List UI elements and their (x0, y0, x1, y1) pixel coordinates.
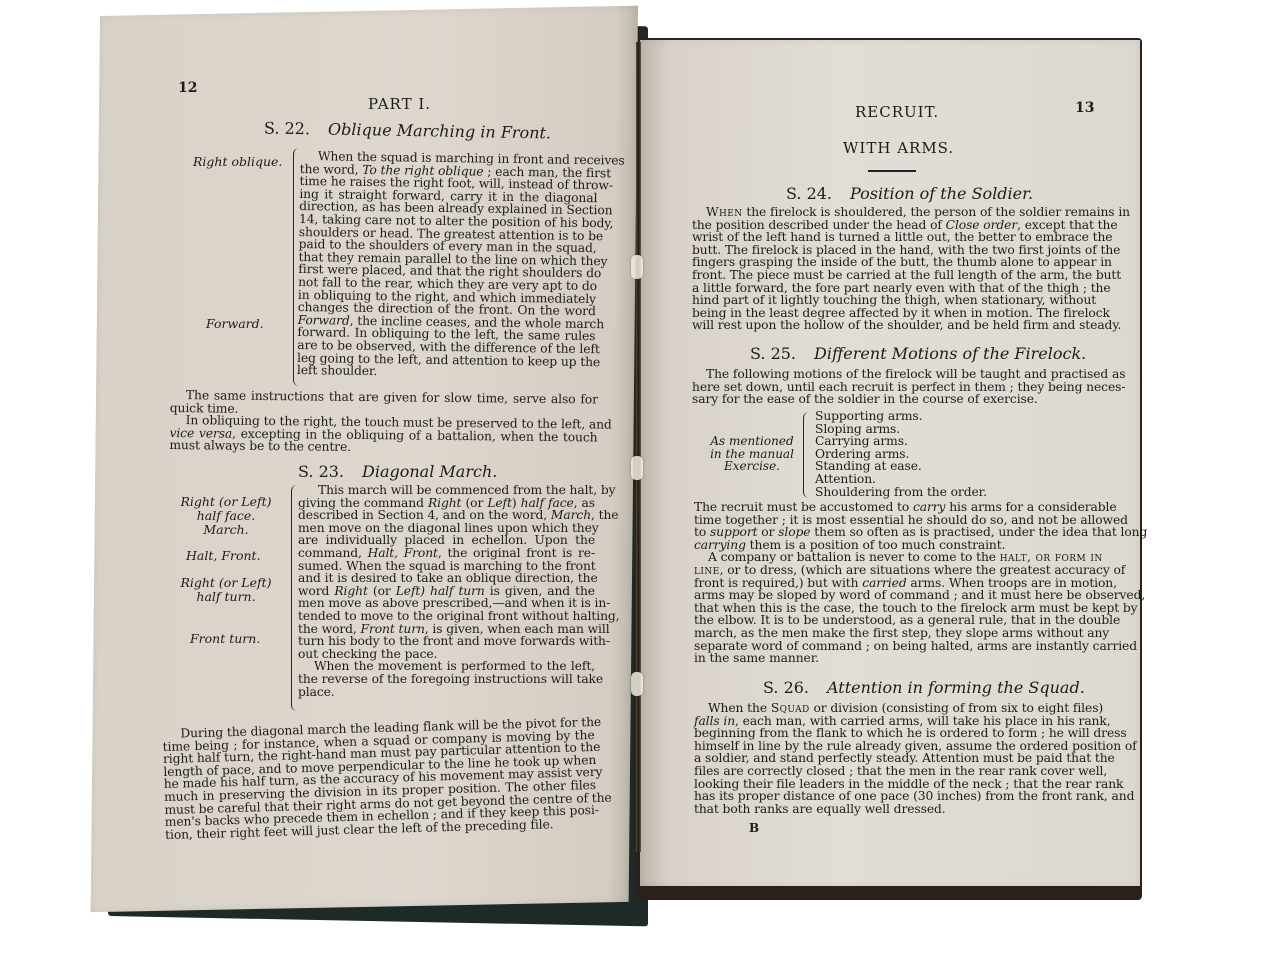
text-line: command, Halt, Front, the original front… (298, 547, 595, 560)
margin-note-line: March. (176, 523, 276, 537)
running-head-left: PART I. (368, 95, 431, 113)
margin-note-manual-exercise: As mentioned in the manual Exercise. (706, 435, 798, 473)
text-line: The following motions of the firelock wi… (692, 368, 1096, 381)
section-25-intro: The following motions of the firelock wi… (692, 368, 1096, 406)
section-number: S. 22. (264, 118, 310, 138)
margin-note-line: Exercise. (706, 460, 798, 473)
motion-item: Attention. (815, 473, 1035, 486)
section-title: Different Motions of the Firelock. (814, 344, 1086, 363)
text-line: front. The piece must be carried at the … (692, 269, 1096, 282)
book-gutter (636, 42, 641, 852)
running-head-right: RECRUIT. (855, 103, 939, 121)
text-line: beginning from the flank to which he is … (694, 727, 1100, 740)
text-line: The recruit must be accustomed to carry … (694, 501, 1100, 514)
heading-rule (868, 170, 916, 172)
section-number: S. 26. (763, 678, 809, 697)
text-line: to support or slope them so often as is … (694, 526, 1100, 539)
motion-item: Carrying arms. (815, 435, 1035, 448)
section-25-heading: S. 25.Different Motions of the Firelock. (750, 344, 1086, 363)
margin-note-line: As mentioned (706, 435, 798, 448)
text-line: march, as the men make the first step, t… (694, 627, 1100, 640)
margin-note-right-oblique: Right oblique. (193, 155, 282, 169)
section-title: Attention in forming the Squad. (827, 678, 1085, 697)
margin-note-half-face: Right (or Left) half face. March. (176, 495, 276, 537)
section-number: S. 24. (786, 184, 832, 203)
motion-item: Supporting arms. (815, 410, 1035, 423)
section-25-paragraphs: The recruit must be accustomed to carry … (694, 501, 1100, 665)
page-number-right: 13 (1075, 100, 1094, 116)
margin-note-half-turn: Right (or Left) half turn. (176, 576, 276, 604)
margin-note-forward: Forward. (206, 317, 264, 331)
brace (803, 412, 809, 498)
brace (291, 485, 298, 711)
section-26-heading: S. 26.Attention in forming the Squad. (763, 678, 1085, 697)
section-23-paragraph: During the diagonal march the leading fl… (162, 716, 597, 841)
signature-mark: B (749, 821, 759, 835)
motions-list: Supporting arms. Sloping arms. Carrying … (815, 410, 1035, 498)
text-line: has its proper distance of one pace (30 … (694, 790, 1100, 803)
margin-note-halt-front: Halt, Front. (186, 549, 261, 563)
section-22-paragraphs: The same instructions that are given for… (169, 389, 598, 456)
text-line: When the Squad or division (consisting o… (694, 702, 1100, 715)
section-24-body: When the firelock is shouldered, the per… (692, 206, 1096, 332)
text-line: wrist of the left hand is turned a littl… (692, 231, 1096, 244)
section-23-heading: S. 23.Diagonal March. (298, 462, 497, 481)
text-line: arms may be sloped by word of command ; … (694, 589, 1100, 602)
text-line: sary for the ease of the soldier in the … (692, 393, 1096, 406)
margin-note-front-turn: Front turn. (190, 632, 260, 646)
text-line: When the firelock is shouldered, the per… (692, 206, 1096, 219)
text-line: that both ranks are equally well dressed… (694, 803, 1100, 816)
text-line: described in Section 4, and on the word,… (298, 509, 595, 522)
page-number-left: 12 (178, 80, 197, 96)
binding-stitch (631, 672, 643, 696)
section-24-heading: S. 24.Position of the Soldier. (786, 184, 1033, 203)
text-line: will rest upon the hollow of the shoulde… (692, 319, 1096, 332)
margin-note-line: half turn. (176, 590, 276, 604)
section-23-body: This march will be commenced from the ha… (298, 484, 595, 698)
text-line: tended to move to the original front wit… (298, 610, 595, 623)
margin-note-line: Right (or Left) (176, 495, 276, 509)
margin-note-line: half face. (176, 509, 276, 523)
section-title: Oblique Marching in Front. (328, 120, 551, 143)
part-heading-with-arms: WITH ARMS. (843, 139, 954, 157)
binding-stitch (631, 456, 643, 480)
motion-item: Shouldering from the order. (815, 486, 1035, 499)
text-line: files are correctly closed ; that the me… (694, 765, 1100, 778)
section-26-body: When the Squad or division (consisting o… (694, 702, 1100, 815)
section-number: S. 25. (750, 344, 796, 363)
section-22-body: When the squad is marching in front and … (297, 150, 598, 381)
text-line: place. (298, 686, 595, 699)
text-line: the reverse of the foregoing instruction… (298, 673, 595, 686)
margin-note-line: Right (or Left) (176, 576, 276, 590)
section-title: Position of the Soldier. (850, 184, 1033, 203)
binding-stitch (631, 255, 643, 279)
text-line: hind part of it lightly touching the thi… (692, 294, 1096, 307)
text-line: in the same manner. (694, 652, 1100, 665)
section-title: Diagonal March. (362, 462, 497, 481)
text-line: turn his body to the front and move forw… (298, 635, 595, 648)
section-number: S. 23. (298, 462, 344, 481)
